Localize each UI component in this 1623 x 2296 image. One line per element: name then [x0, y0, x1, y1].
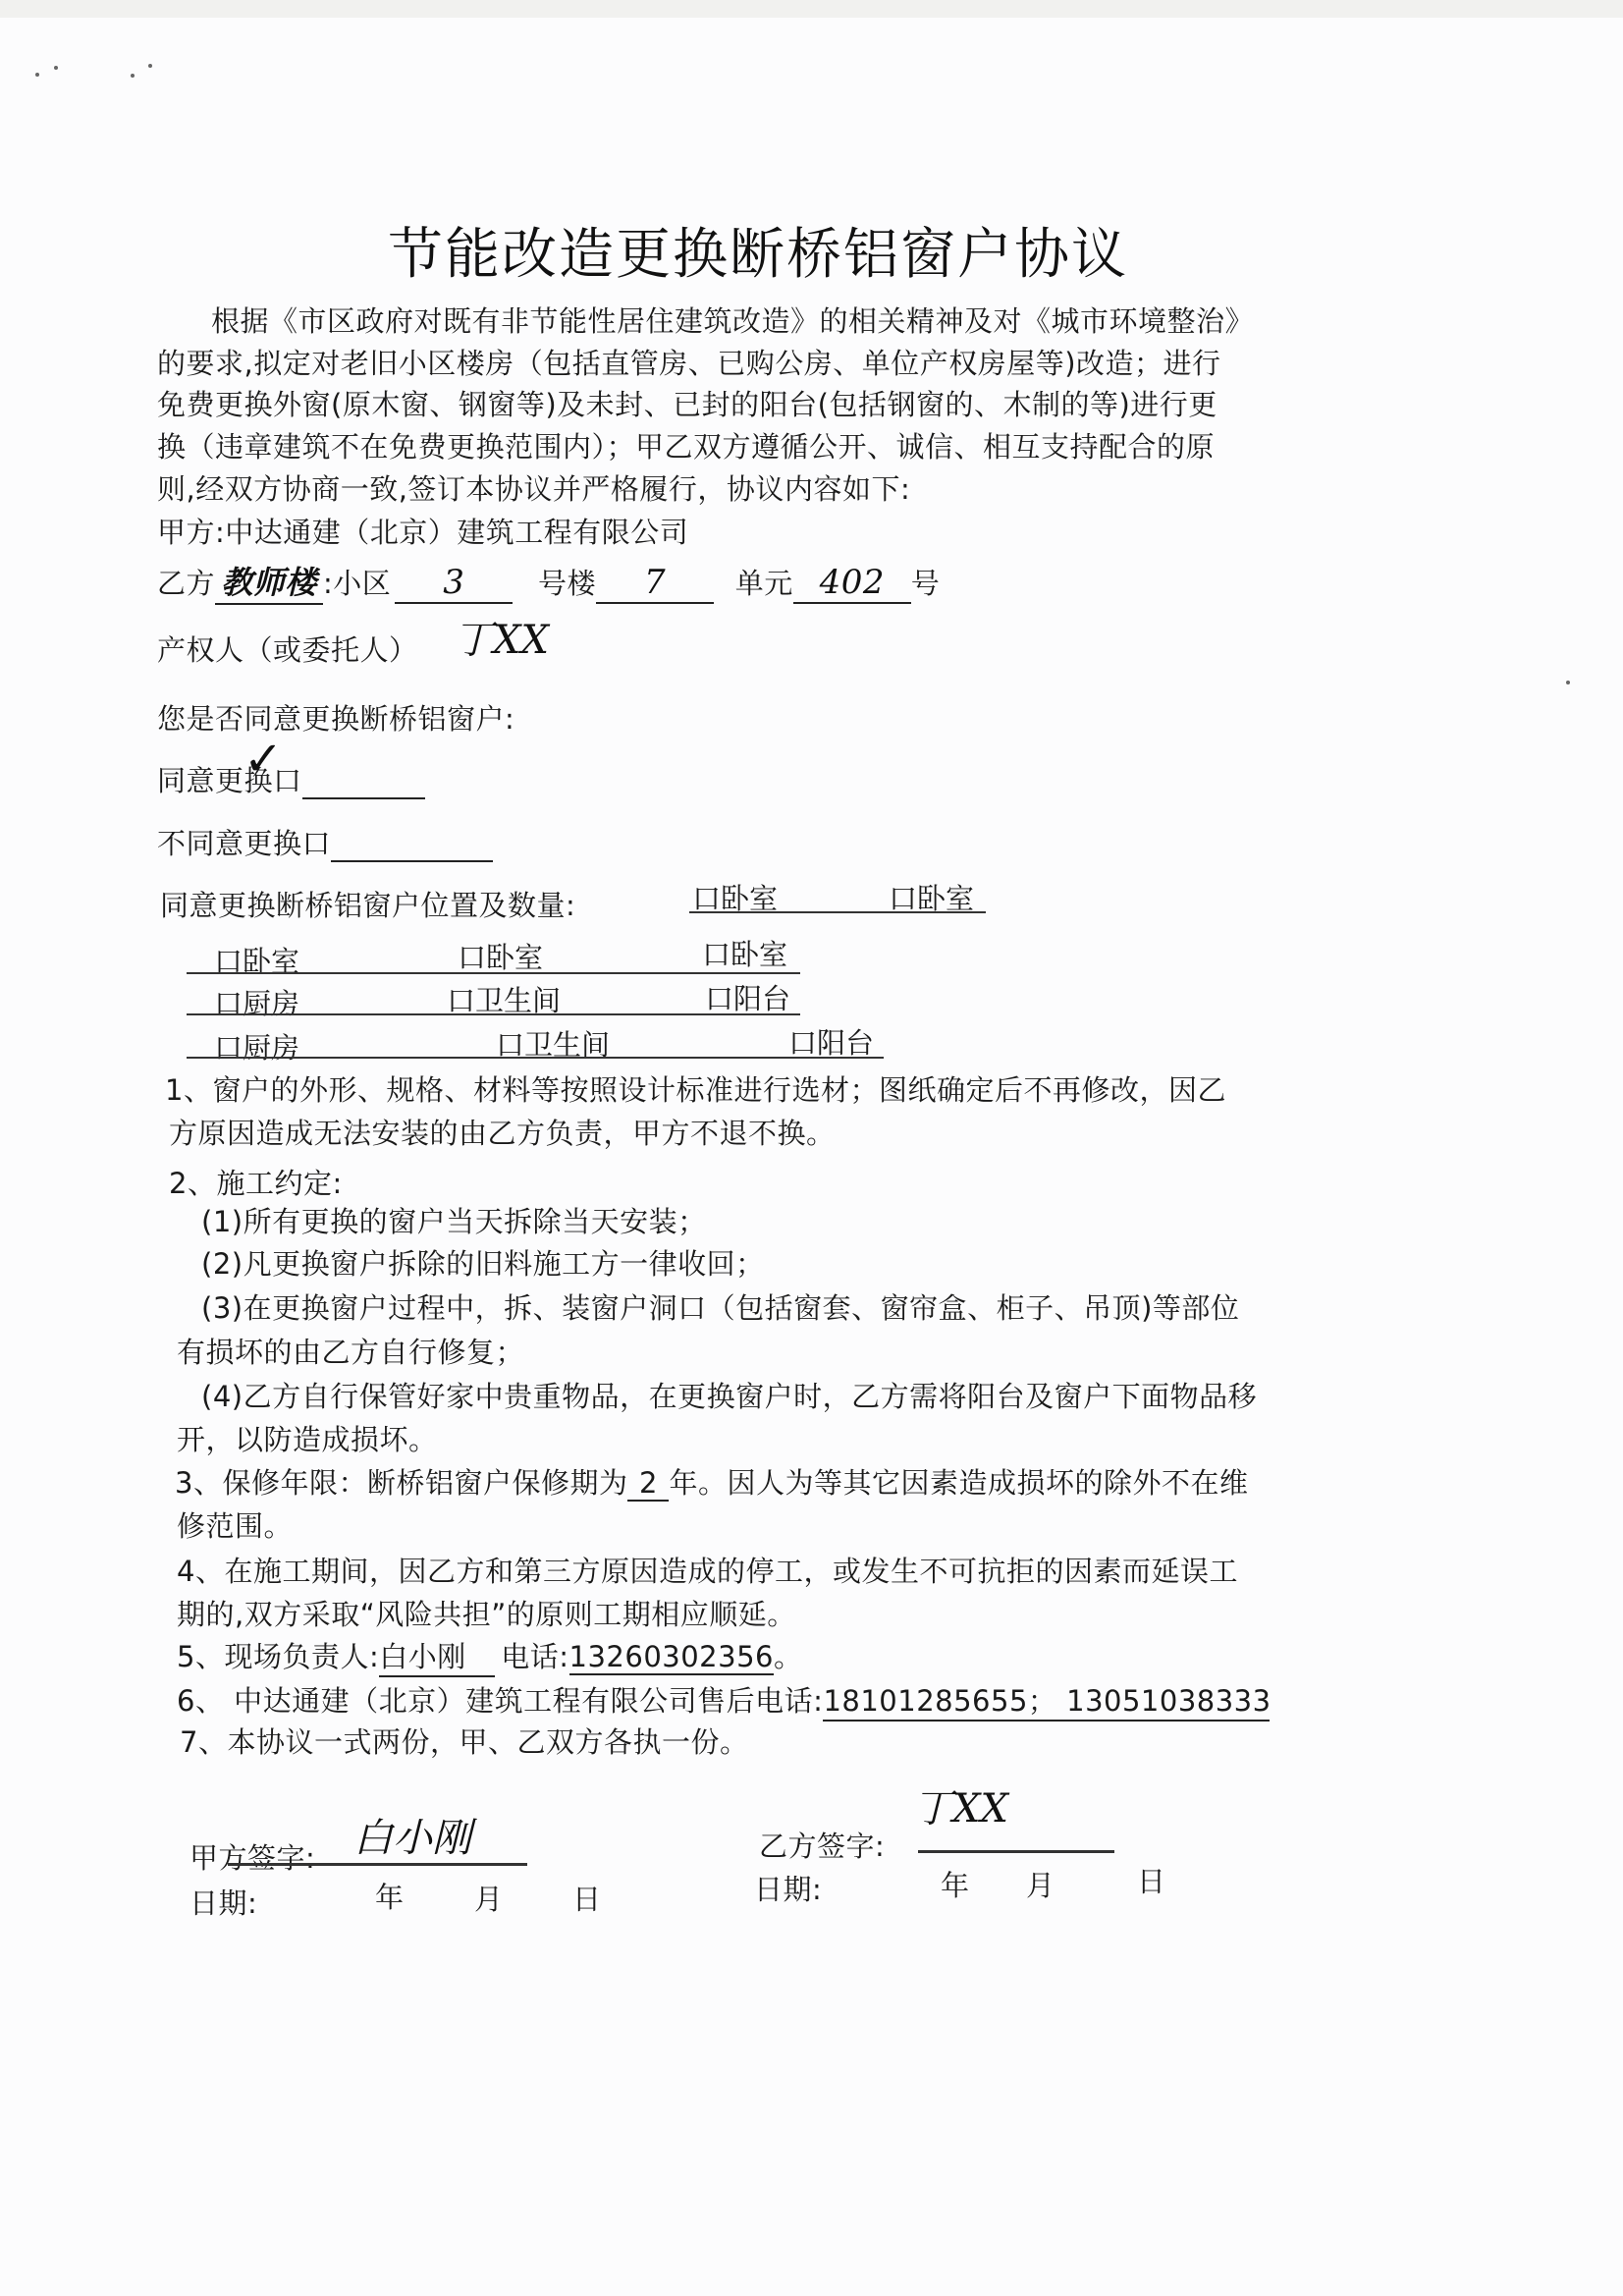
- location-checkbox[interactable]: 口卧室: [702, 933, 787, 973]
- community-field[interactable]: 教师楼: [215, 558, 323, 605]
- phone-label: 电话:: [501, 1640, 568, 1673]
- party-b-label: 乙方: [157, 567, 215, 600]
- disagree-checkbox-label[interactable]: 不同意更换口: [157, 827, 331, 860]
- party-a-label: 甲方:: [157, 516, 225, 549]
- clause-1-cont: 方原因造成无法安装的由乙方负责，甲方不退不换。: [169, 1112, 836, 1152]
- party-a-day: 日: [572, 1878, 602, 1918]
- clause-5-end: 。: [774, 1640, 803, 1673]
- party-a-year: 年: [375, 1876, 405, 1916]
- unit-suffix: 单元: [735, 567, 793, 600]
- locations-label: 同意更换断桥铝窗户位置及数量:: [160, 884, 575, 924]
- preamble-line: 换（违章建筑不在免费更换范围内）；甲乙双方遵循公开、诚信、相互支持配合的原: [157, 425, 1215, 465]
- clause-5: 5、现场负责人:白小刚电话:13260302356。: [177, 1635, 803, 1677]
- clause-3: 3、保修年限：断桥铝窗户保修期为2年。因人为等其它因素造成损坏的除外不在维: [175, 1461, 1248, 1502]
- scan-speck: [35, 73, 39, 77]
- party-b-signature: 丁XX: [913, 1777, 1008, 1833]
- after-sales-phones: 18101285655； 13051038333: [823, 1679, 1270, 1722]
- party-b-month: 月: [1026, 1864, 1055, 1904]
- location-checkbox[interactable]: 口卧室: [458, 936, 543, 976]
- scanned-agreement-page: 节能改造更换断桥铝窗户协议 根据《市区政府对既有非节能性居住建筑改造》的相关精神…: [0, 0, 1623, 2296]
- party-a-sign-label: 甲方签字:: [189, 1836, 315, 1877]
- party-b-row: 乙方教师楼:小区3 号楼7 单元402号: [157, 558, 940, 605]
- signature-line: [918, 1850, 1114, 1853]
- scan-speck: [54, 66, 58, 70]
- party-a-name: 中达通建（北京）建筑工程有限公司: [225, 516, 688, 549]
- party-b-year: 年: [941, 1864, 970, 1904]
- party-b-sign-label: 乙方签字:: [759, 1825, 885, 1865]
- warranty-years-field[interactable]: 2: [627, 1466, 669, 1502]
- clause-2-2: (2)凡更换窗户拆除的旧料施工方一律收回；: [201, 1242, 765, 1283]
- underline: [187, 1013, 800, 1015]
- clause-1: 1、窗户的外形、规格、材料等按照设计标准进行选材；图纸确定后不再修改，因乙: [165, 1068, 1226, 1109]
- clause-2-3-cont: 有损坏的由乙方自行修复；: [177, 1331, 524, 1371]
- underline: [187, 1057, 884, 1059]
- preamble-line: 则,经双方协商一致,签订本协议并严格履行，协议内容如下:: [157, 467, 910, 508]
- clause-3-cont: 修范围。: [177, 1504, 293, 1545]
- underline: [187, 972, 800, 974]
- owner-row: 产权人（或委托人）: [157, 629, 418, 669]
- owner-label: 产权人（或委托人）: [157, 633, 418, 667]
- scan-speck: [131, 74, 135, 78]
- site-manager-phone: 13260302356: [569, 1640, 774, 1675]
- clause-3-suffix: 年。因人为等其它因素造成损坏的除外不在维: [669, 1466, 1248, 1500]
- room-field[interactable]: 402: [793, 563, 911, 604]
- agree-row[interactable]: 同意更换口: [157, 759, 425, 799]
- community-suffix: :小区: [323, 567, 391, 600]
- clause-3-prefix: 3、保修年限：断桥铝窗户保修期为: [175, 1466, 627, 1500]
- clause-6-prefix: 6、 中达通建（北京）建筑工程有限公司售后电话:: [177, 1684, 823, 1718]
- clause-2-3: (3)在更换窗户过程中，拆、装窗户洞口（包括窗套、窗帘盒、柜子、吊顶)等部位: [201, 1286, 1239, 1327]
- owner-signature: 丁XX: [454, 609, 549, 665]
- clause-2-4: (4)乙方自行保管好家中贵重物品，在更换窗户时，乙方需将阳台及窗户下面物品移: [201, 1375, 1257, 1415]
- checkmark-icon: ✓: [243, 732, 283, 787]
- party-a-row: 甲方:中达通建（北京）建筑工程有限公司: [157, 511, 688, 551]
- clause-6: 6、 中达通建（北京）建筑工程有限公司售后电话:18101285655； 130…: [177, 1679, 1270, 1722]
- preamble-line: 免费更换外窗(原木窗、钢窗等)及未封、已封的阳台(包括钢窗的、木制的等)进行更: [157, 383, 1217, 423]
- party-b-date-label: 日期:: [754, 1868, 822, 1908]
- unit-field[interactable]: 7: [596, 563, 714, 604]
- document-title: 节能改造更换断桥铝窗户协议: [388, 211, 1134, 290]
- site-manager-name: 白小刚: [379, 1635, 495, 1677]
- scan-speck: [1566, 681, 1570, 684]
- preamble-line: 根据《市区政府对既有非节能性居住建筑改造》的相关精神及对《城市环境整治》: [211, 300, 1254, 340]
- signature-line: [228, 1863, 527, 1866]
- party-a-month: 月: [474, 1878, 504, 1918]
- clause-4-cont: 期的,双方采取“风险共担”的原则工期相应顺延。: [177, 1593, 796, 1633]
- party-a-date-label: 日期:: [189, 1882, 257, 1922]
- party-a-signature: 白小刚: [353, 1807, 471, 1863]
- clause-2-1: (1)所有更换的窗户当天拆除当天安装；: [201, 1200, 707, 1240]
- party-b-day: 日: [1137, 1860, 1166, 1900]
- preamble-line: 的要求,拟定对老旧小区楼房（包括直管房、已购公房、单位产权房屋等)改造；进行: [157, 342, 1221, 382]
- clause-2-4-cont: 开，以防造成损坏。: [177, 1418, 438, 1458]
- location-checkbox[interactable]: 口阳台: [705, 977, 790, 1017]
- scan-edge-shadow: [0, 0, 1623, 18]
- clause-4: 4、在施工期间，因乙方和第三方原因造成的停工，或发生不可抗拒的因素而延误工: [177, 1550, 1238, 1590]
- clause-2-title: 2、施工约定:: [169, 1162, 343, 1202]
- clause-5-prefix: 5、现场负责人:: [177, 1640, 379, 1673]
- building-field[interactable]: 3: [395, 563, 513, 604]
- underline: [689, 911, 986, 913]
- agree-question: 您是否同意更换断桥铝窗户:: [157, 697, 514, 738]
- disagree-row[interactable]: 不同意更换口: [157, 822, 493, 862]
- scan-speck: [148, 64, 152, 68]
- room-suffix: 号: [911, 567, 941, 600]
- location-checkbox[interactable]: 口厨房: [214, 982, 299, 1022]
- clause-7: 7、本协议一式两份，甲、乙双方各执一份。: [180, 1721, 748, 1761]
- location-checkbox[interactable]: 口厨房: [214, 1026, 299, 1066]
- location-checkbox[interactable]: 口阳台: [788, 1021, 874, 1062]
- building-suffix: 号楼: [538, 567, 596, 600]
